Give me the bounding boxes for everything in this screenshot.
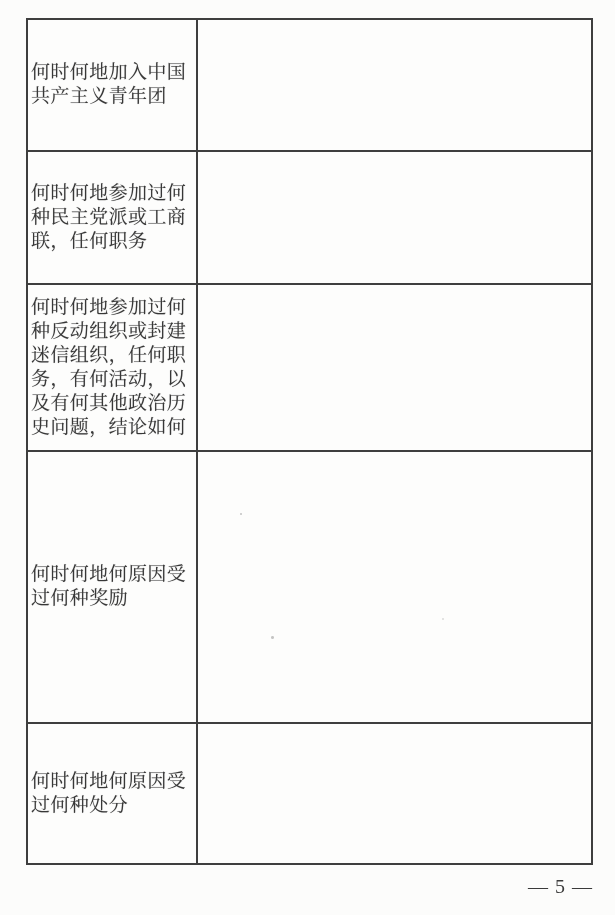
table-row-youth-league: 何时何地加入中国 共产主义青年团 [28, 20, 591, 152]
scan-speck [240, 513, 242, 515]
row-label-cell: 何时何地何原因受 过何种处分 [28, 724, 198, 863]
table-row-punishments: 何时何地何原因受 过何种处分 [28, 724, 591, 863]
row-value-cell [198, 285, 591, 450]
row-value-cell [198, 20, 591, 150]
row-label: 何时何地何原因受 过何种奖励 [31, 563, 186, 611]
row-value-cell [198, 724, 591, 863]
row-value-cell [198, 452, 591, 722]
scan-speck [271, 636, 274, 639]
table-row-democratic-parties: 何时何地参加过何 种民主党派或工商 联，任何职务 [28, 152, 591, 285]
row-label-cell: 何时何地参加过何 种民主党派或工商 联，任何职务 [28, 152, 198, 283]
row-label-cell: 何时何地参加过何 种反动组织或封建 迷信组织，任何职 务，有何活动，以 及有何其… [28, 285, 198, 450]
row-label-cell: 何时何地加入中国 共产主义青年团 [28, 20, 198, 150]
table-row-reactionary-organizations: 何时何地参加过何 种反动组织或封建 迷信组织，任何职 务，有何活动，以 及有何其… [28, 285, 591, 452]
scan-speck [442, 618, 444, 620]
scanned-form-page: 何时何地加入中国 共产主义青年团 何时何地参加过何 种民主党派或工商 联，任何职… [0, 0, 615, 915]
row-value-cell [198, 152, 591, 283]
row-label: 何时何地参加过何 种民主党派或工商 联，任何职务 [31, 182, 186, 254]
row-label-cell: 何时何地何原因受 过何种奖励 [28, 452, 198, 722]
row-label: 何时何地何原因受 过何种处分 [31, 770, 186, 818]
table-row-rewards: 何时何地何原因受 过何种奖励 [28, 452, 591, 724]
row-label: 何时何地参加过何 种反动组织或封建 迷信组织，任何职 务，有何活动，以 及有何其… [31, 296, 186, 440]
form-table: 何时何地加入中国 共产主义青年团 何时何地参加过何 种民主党派或工商 联，任何职… [26, 18, 593, 865]
page-number: — 5 — [528, 876, 593, 899]
row-label: 何时何地加入中国 共产主义青年团 [31, 61, 186, 109]
